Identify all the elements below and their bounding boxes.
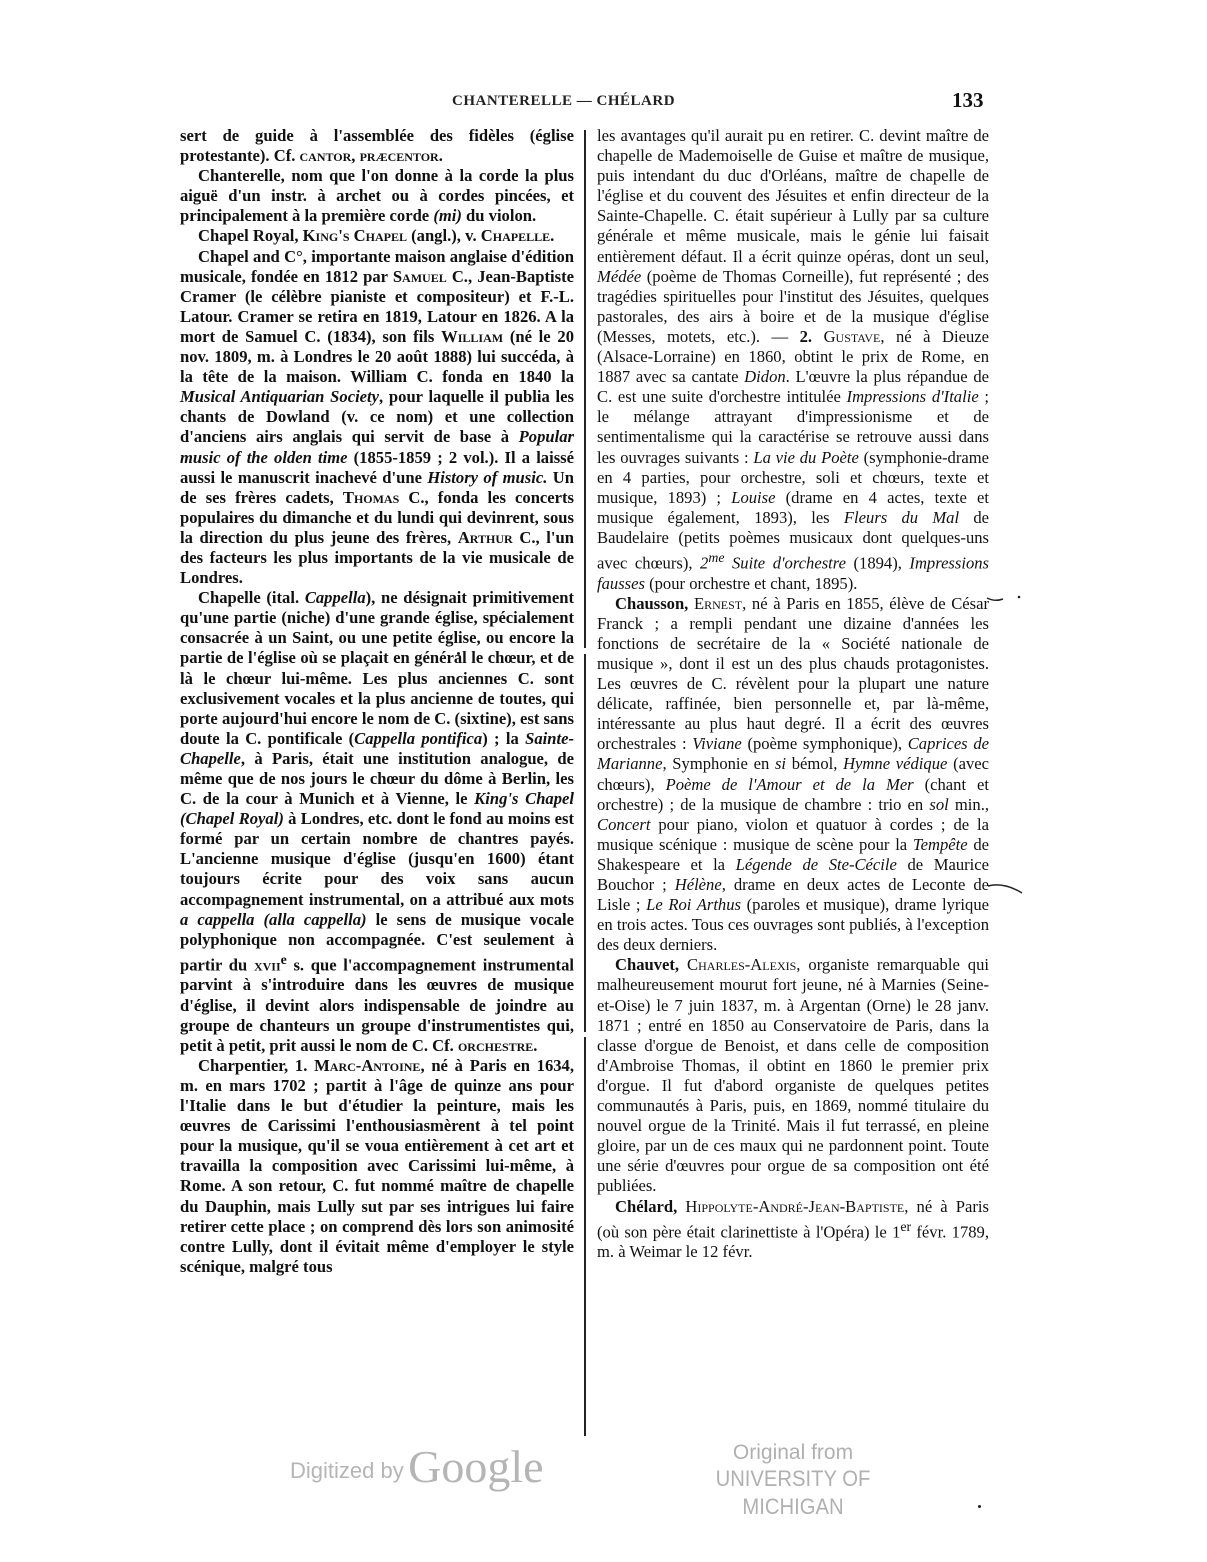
- italic-text: Impressions d'Italie: [847, 387, 979, 406]
- text: ), ne désignait primitivement qu'une par…: [180, 588, 574, 748]
- entry-chapelle: Chapelle (ital. Cappella), ne désignait …: [180, 588, 574, 1056]
- entry-chapel-and-co: Chapel and C°, importante maison anglais…: [180, 247, 574, 589]
- entry-chanterelle: Chanterelle, nom que l'on donne à la cor…: [180, 166, 574, 226]
- superscript: er: [900, 1219, 911, 1234]
- entry-chausson: Chausson, Ernest, né à Paris en 1855, él…: [597, 594, 989, 956]
- cross-reference: orchestre.: [458, 1036, 538, 1055]
- entry-chapel-royal: Chapel Royal, King's Chapel (angl.), v. …: [180, 226, 574, 246]
- watermark-text: Original from: [668, 1441, 918, 1465]
- original-from-watermark: Original from UNIVERSITY OF MICHIGAN: [668, 1441, 918, 1521]
- italic-text: Poème de l'Amour et de la Mer: [666, 775, 914, 794]
- text: du violon.: [462, 206, 536, 225]
- google-logo-text: Google: [408, 1441, 543, 1492]
- text: 1.: [288, 1056, 314, 1075]
- italic-text: Légende de Ste-Cécile: [736, 855, 897, 874]
- entry-charpentier-continued: les avantages qu'il aurait pu en retirer…: [597, 126, 989, 594]
- italic-text: Hymne védique: [843, 754, 947, 773]
- small-caps-text: Samuel: [393, 267, 447, 286]
- text: , né à Paris en 1634, m. en mars 1702 ; …: [180, 1056, 574, 1276]
- italic-text: Concert: [597, 815, 650, 834]
- superscript: me: [708, 550, 724, 565]
- headword: Chapel Royal,: [198, 226, 299, 245]
- italic-text: Viviane: [692, 734, 741, 753]
- italic-text: si: [775, 754, 786, 773]
- headword: Chélard,: [615, 1197, 677, 1216]
- entry-charpentier: Charpentier, 1. Marc-Antoine, né à Paris…: [180, 1056, 574, 1277]
- pen-mark: [986, 880, 1026, 900]
- italic-text: Musical Antiquarian Society: [180, 387, 379, 406]
- italic-text: sol: [929, 795, 948, 814]
- headword: Charpentier,: [198, 1056, 288, 1075]
- cross-reference: cantor, præcentor.: [300, 146, 443, 165]
- small-caps-text: Thomas: [343, 488, 399, 507]
- italic-text: Le Roi Arthus: [646, 895, 741, 914]
- italic-text: La vie du Poète: [753, 448, 859, 467]
- entry-continuation: sert de guide à l'assemblée des fidèles …: [180, 126, 574, 166]
- italic-text: Suite d'orchestre: [724, 554, 846, 573]
- text: (angl.), v.: [407, 226, 481, 245]
- italic-text: Tempête: [913, 835, 968, 854]
- column-divider: [584, 130, 586, 1436]
- small-caps-text: xvii: [254, 955, 281, 974]
- headword: Chauvet,: [615, 955, 679, 974]
- headword: Chapelle: [198, 588, 261, 607]
- left-column: sert de guide à l'assemblée des fidèles …: [180, 126, 574, 1277]
- text: ) ; la: [482, 729, 525, 748]
- text: , né à Paris en 1855, élève de César Fra…: [597, 594, 989, 754]
- headword: Chanterelle,: [198, 166, 285, 185]
- speck: [457, 652, 460, 655]
- watermark-text: Digitized by: [290, 1458, 404, 1483]
- small-caps-text: Arthur: [458, 528, 513, 547]
- text: (pour orchestre et chant, 1895).: [645, 574, 857, 593]
- italic-text: Hélène: [675, 875, 722, 894]
- small-caps-text: Gustave: [812, 327, 880, 346]
- italic-text: Fleurs du Mal: [844, 508, 959, 527]
- small-caps-text: King's Chapel: [299, 226, 407, 245]
- italic-text: Didon: [744, 367, 785, 386]
- entry-chauvet: Chauvet, Charles-Alexis, organiste remar…: [597, 955, 989, 1196]
- italic-text: (mi): [433, 206, 462, 225]
- italic-text: Cappella pontifica: [354, 729, 482, 748]
- text: bémol,: [786, 754, 843, 773]
- digitized-by-google-watermark: Digitized by Google: [290, 1440, 544, 1493]
- entry-number: 2.: [800, 327, 812, 346]
- text: min.,: [949, 795, 989, 814]
- text: (poème symphonique),: [742, 734, 908, 753]
- small-caps-text: Charles-Alexis: [679, 955, 796, 974]
- italic-text: Cappella: [305, 588, 366, 607]
- text: , organiste remarquable qui malheureusem…: [597, 955, 989, 1195]
- headword: Chausson,: [615, 594, 688, 613]
- cross-reference: Chapelle.: [481, 226, 554, 245]
- italic-text: Louise: [731, 488, 775, 507]
- watermark-institution: UNIVERSITY OF MICHIGAN: [678, 1465, 908, 1521]
- right-column: les avantages qu'il aurait pu en retirer…: [597, 126, 989, 1262]
- small-caps-text: William: [441, 327, 503, 346]
- text: (ital.: [261, 588, 305, 607]
- small-caps-text: Marc-Antoine: [314, 1056, 420, 1075]
- running-head: CHANTERELLE — CHÉLARD: [452, 93, 675, 110]
- page-number: 133: [952, 88, 984, 113]
- divider-gap: [584, 1032, 586, 1037]
- divider-gap: [584, 648, 586, 654]
- small-caps-text: Ernest: [688, 594, 742, 613]
- italic-text: History of music.: [427, 468, 547, 487]
- small-caps-text: Hippolyte-André-Jean-Baptiste: [677, 1197, 904, 1216]
- text: , Symphonie en: [662, 754, 775, 773]
- text: les avantages qu'il aurait pu en retirer…: [597, 126, 989, 266]
- italic-text: a cappella (alla cappella): [180, 910, 367, 929]
- italic-text: Médée: [597, 267, 641, 286]
- headword: Chapel and C°,: [198, 247, 307, 266]
- speck: [978, 1505, 981, 1508]
- entry-chelard: Chélard, Hippolyte-André-Jean-Baptiste, …: [597, 1197, 989, 1263]
- text: (1894),: [846, 554, 909, 573]
- pen-mark: [985, 590, 1025, 604]
